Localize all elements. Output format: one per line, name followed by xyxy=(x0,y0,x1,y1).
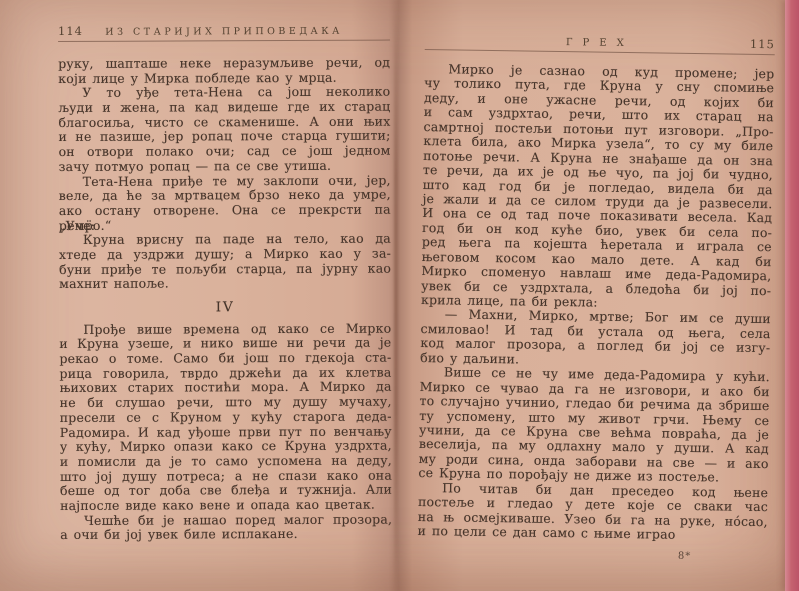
left-page: 114 ИЗ СТАРИЈИХ ПРИПОВЕДАКА руку, шапташ… xyxy=(0,0,399,591)
page-number: 114 xyxy=(58,24,104,38)
book-gutter-crease xyxy=(394,0,398,591)
left-page-header: 114 ИЗ СТАРИЈИХ ПРИПОВЕДАКА xyxy=(58,23,390,42)
right-page-content: ГРЕХ 115 Мирко је сазнао од куд промене;… xyxy=(417,32,775,564)
open-book-scan: 114 ИЗ СТАРИЈИХ ПРИПОВЕДАКА руку, шапташ… xyxy=(0,0,799,591)
right-page-header: ГРЕХ 115 xyxy=(425,32,775,55)
left-page-content: 114 ИЗ СТАРИЈИХ ПРИПОВЕДАКА руку, шапташ… xyxy=(58,23,392,543)
right-text-block: Мирко је сазнао од куд промене; јерчу то… xyxy=(417,62,774,544)
section-heading: IV xyxy=(59,300,391,316)
text-line: а очи би јој увек биле исплакане. xyxy=(60,527,392,543)
signature-mark: 8* xyxy=(417,547,767,563)
text-line: махнит напоље. xyxy=(59,276,391,292)
text-line: ако остану отворене. Она се прекрсти па … xyxy=(59,202,391,218)
running-header-title: ИЗ СТАРИЈИХ ПРИПОВЕДАКА xyxy=(104,26,344,38)
left-text-block: руку, шапташе неке неразумљиве речи, одк… xyxy=(58,56,392,543)
text-line: буни приђе те пољуби старца, па јурну ка… xyxy=(59,261,391,277)
page-number: 115 xyxy=(729,37,775,52)
text-line: руку, шапташе неке неразумљиве речи, од xyxy=(58,56,390,72)
right-page: ГРЕХ 115 Мирко је сазнао од куд промене;… xyxy=(399,0,785,591)
header-spacer xyxy=(425,46,471,47)
book-cover-edge xyxy=(785,0,799,591)
running-header-title: ГРЕХ xyxy=(471,36,729,51)
